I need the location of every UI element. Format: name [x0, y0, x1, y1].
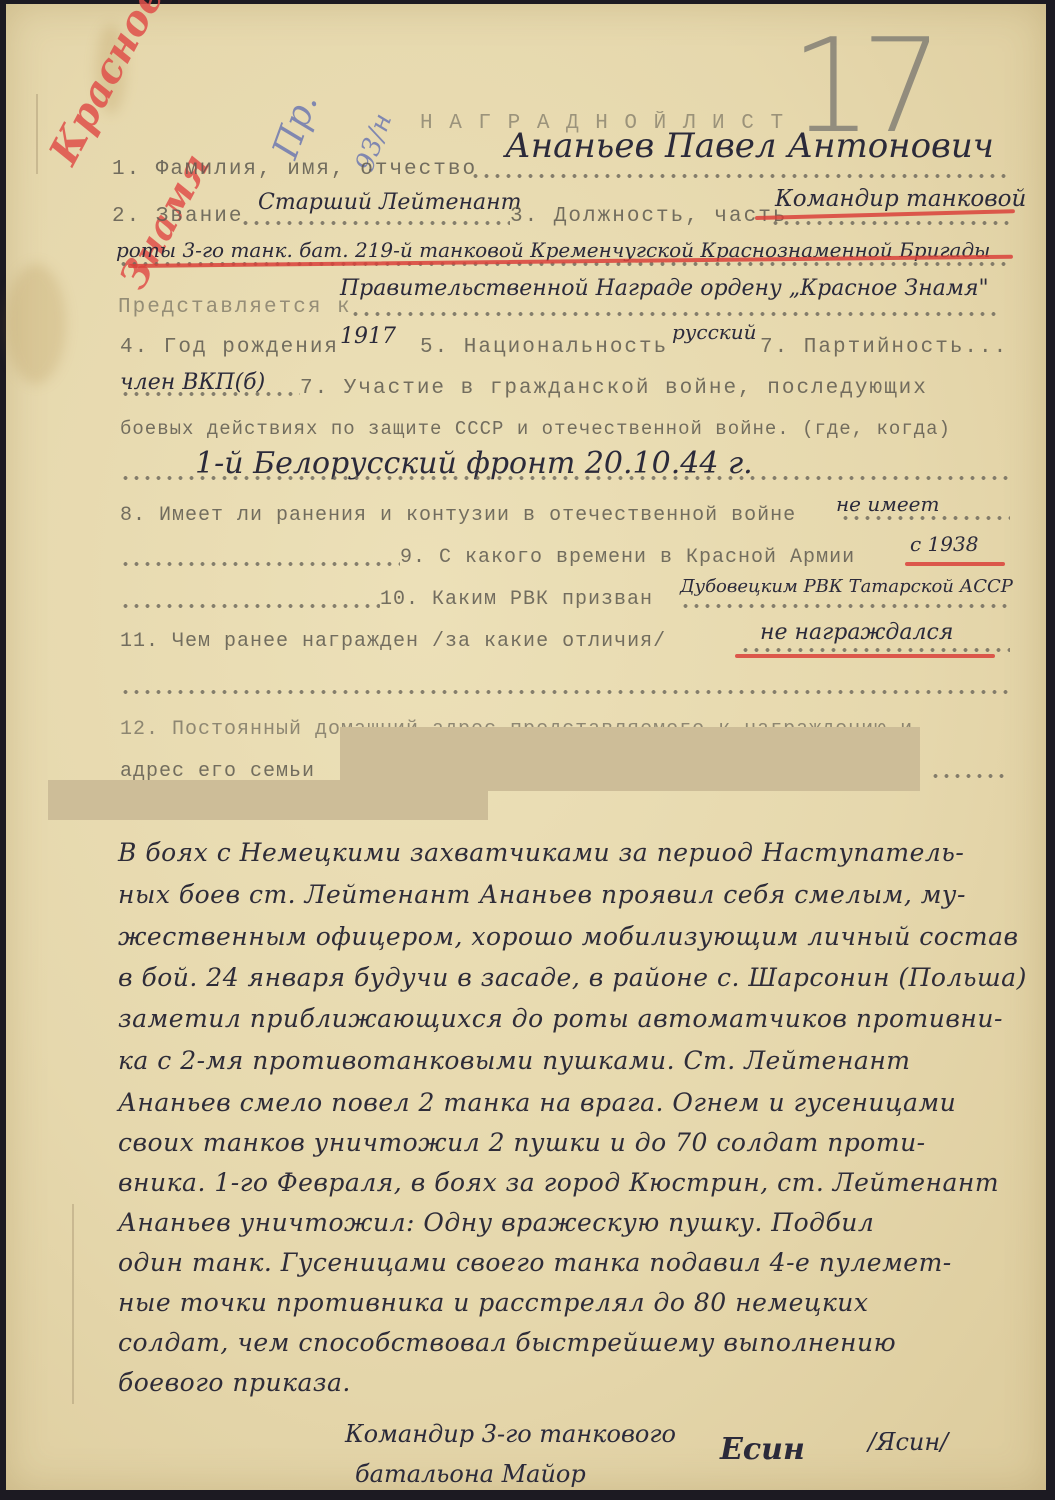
- field-label-rvk: 10. Каким РВК призван: [380, 588, 653, 611]
- field-label-birth: 4. Год рождения: [120, 336, 339, 359]
- field-label-party: 7. Партийность...: [760, 336, 1008, 359]
- narrative-line: ные точки противника и расстрелял до 80 …: [118, 1288, 868, 1317]
- fill-line: [120, 604, 380, 608]
- fill-line: [770, 221, 1010, 225]
- paper-crease: [72, 1204, 74, 1404]
- field-value-since: с 1938: [910, 532, 978, 556]
- narrative-line: заметил приближающихся до роты автоматчи…: [118, 1004, 1003, 1033]
- field-value-birth: 1917: [340, 324, 396, 349]
- narrative-line: В боях с Немецкими захватчиками за перио…: [118, 838, 964, 867]
- field-label-wounds: 8. Имеет ли ранения и контузии в отечест…: [120, 504, 796, 527]
- field-value-rank: Старший Лейтенант: [258, 190, 521, 215]
- narrative-line: своих танков уничтожил 2 пушки и до 70 с…: [118, 1128, 926, 1157]
- narrative-line: солдат, чем способствовал быстрейшему вы…: [118, 1328, 896, 1357]
- fill-line: [680, 604, 1010, 608]
- paper-crease: [36, 94, 38, 174]
- fill-line: [240, 221, 510, 225]
- narrative-line: жественным офицером, хорошо мобилизующим…: [118, 922, 1019, 951]
- field-value-wounds: не имеет: [836, 492, 939, 516]
- fill-line: [350, 312, 1000, 316]
- red-underline: [905, 562, 1005, 566]
- fill-line: [120, 392, 300, 396]
- field-value-rvk: Дубовецким РВК Татарской АССР: [680, 576, 1013, 597]
- field-label-participation: 7. Участие в гражданской войне, последую…: [300, 377, 928, 400]
- fill-line: [930, 774, 1010, 778]
- field-value-prev-awards: не награждался: [760, 620, 953, 645]
- narrative-line: ка с 2-мя противотанковыми пушками. Ст. …: [118, 1046, 911, 1075]
- narrative-line: вника. 1-го Февраля, в боях за город Кюс…: [118, 1168, 999, 1197]
- field-value-name: Ананьев Павел Антонович: [505, 126, 994, 166]
- narrative-line: боевого приказа.: [118, 1368, 351, 1397]
- fill-line: [120, 476, 1010, 480]
- fill-line: [840, 516, 1010, 520]
- fill-line: [120, 690, 1010, 694]
- signature-title-1: Командир 3-го танкового: [345, 1420, 676, 1448]
- field-label-nationality: 5. Национальность: [420, 336, 668, 359]
- narrative-line: Ананьев смело повел 2 танка на врага. Ог…: [118, 1088, 956, 1117]
- field-label-position: 3. Должность, часть: [510, 205, 787, 228]
- narrative-line: Ананьев уничтожил: Одну вражескую пушку.…: [118, 1208, 874, 1237]
- red-underline: [735, 654, 995, 658]
- fill-line: [740, 648, 1010, 652]
- field-label-prev-awards: 11. Чем ранее награжден /за какие отличи…: [120, 630, 666, 653]
- signature-autograph: Есин: [720, 1432, 805, 1467]
- field-value-nationality: русский: [672, 320, 757, 344]
- narrative-line: в бой. 24 января будучи в засаде, в райо…: [118, 963, 1027, 992]
- fill-line: [470, 174, 1010, 178]
- field-value-award: Правительственной Награде ордену „Красно…: [340, 276, 989, 301]
- fill-line: [120, 562, 400, 566]
- field-label-rank: 2. Звание: [112, 205, 243, 228]
- narrative-line: один танк. Гусеницами своего танка подав…: [118, 1248, 952, 1277]
- signature-name: /Ясин/: [868, 1428, 948, 1456]
- narrative-line: ных боев ст. Лейтенант Ананьев проявил с…: [118, 880, 966, 909]
- signature-title-2: батальона Майор: [355, 1460, 586, 1488]
- field-label-name: 1. Фамилия, имя, отчество: [112, 158, 477, 181]
- field-label-since: 9. С какого времени в Красной Армии: [400, 546, 855, 569]
- field-value-position-1: Командир танковой: [775, 186, 1026, 212]
- field-label-award: Представляется к: [118, 296, 352, 319]
- redacted-address: [48, 780, 488, 820]
- paper-stain: [6, 264, 66, 384]
- field-label-participation-2: боевых действиях по защите СССР и отечес…: [120, 418, 951, 440]
